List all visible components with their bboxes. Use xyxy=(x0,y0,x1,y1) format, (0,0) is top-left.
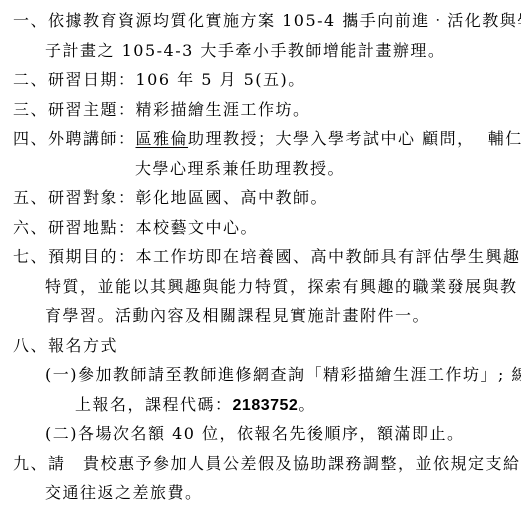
text-segment: 五、研習對象：彰化地區國、高中教師。 xyxy=(13,188,328,207)
text-segment: 四、外聘講師： xyxy=(13,129,136,148)
text-segment: 三、研習主題：精彩描繪生涯工作坊。 xyxy=(13,100,311,119)
text-segment: 。 xyxy=(298,395,316,414)
text-segment: 七、預期目的：本工作坊即在培養國、高中教師具有評估學生興趣 xyxy=(13,247,521,266)
course-code: 2183752 xyxy=(233,397,299,414)
document-line: 七、預期目的：本工作坊即在培養國、高中教師具有評估學生興趣 xyxy=(0,242,521,272)
document-line: 育學習。活動內容及相關課程見實施計畫附件一。 xyxy=(0,301,521,331)
text-segment: 子計畫之 105-4-3 大手牽小手教師增能計畫辦理。 xyxy=(45,41,445,60)
document-line: 子計畫之 105-4-3 大手牽小手教師增能計畫辦理。 xyxy=(0,36,521,66)
text-segment: 一、依據教育資源均質化實施方案 105-4 攜手向前進‧活化教與學 xyxy=(13,11,521,30)
text-segment: 交通往返之差旅費。 xyxy=(45,483,203,502)
text-segment: 助理教授；大學入學考試中心 顧問， 輔仁 xyxy=(188,129,521,148)
document-line: 三、研習主題：精彩描繪生涯工作坊。 xyxy=(0,95,521,125)
text-segment: (一)參加教師請至教師進修網查詢「精彩描繪生涯工作坊」; 線 xyxy=(45,365,521,384)
text-segment: 八、報名方式 xyxy=(13,336,118,355)
document-page: 一、依據教育資源均質化實施方案 105-4 攜手向前進‧活化教與學子計畫之 10… xyxy=(0,0,521,513)
text-segment: 大學心理系兼任助理教授。 xyxy=(135,159,345,178)
document-line: (一)參加教師請至教師進修網查詢「精彩描繪生涯工作坊」; 線 xyxy=(0,360,521,390)
text-segment: 上報名，課程代碼： xyxy=(75,395,233,414)
text-segment: 九、請 貴校惠予參加人員公差假及協助課務調整，並依規定支給 xyxy=(13,454,521,473)
document-line: 四、外聘講師：區雅倫助理教授；大學入學考試中心 顧問， 輔仁 xyxy=(0,124,521,154)
document-line: 上報名，課程代碼：2183752。 xyxy=(0,390,521,420)
text-segment: (二)各場次名額 40 位，依報名先後順序，額滿即止。 xyxy=(45,424,465,443)
document-line: 九、請 貴校惠予參加人員公差假及協助課務調整，並依規定支給 xyxy=(0,449,521,479)
text-segment: 二、研習日期：106 年 5 月 5(五)。 xyxy=(13,70,306,89)
document-line: 一、依據教育資源均質化實施方案 105-4 攜手向前進‧活化教與學 xyxy=(0,6,521,36)
document-body: 一、依據教育資源均質化實施方案 105-4 攜手向前進‧活化教與學子計畫之 10… xyxy=(0,6,521,508)
document-line: 特質，並能以其興趣與能力特質，探索有興趣的職業發展與教 xyxy=(0,272,521,302)
document-line: 二、研習日期：106 年 5 月 5(五)。 xyxy=(0,65,521,95)
document-line: 大學心理系兼任助理教授。 xyxy=(0,154,521,184)
text-segment: 六、研習地點：本校藝文中心。 xyxy=(13,218,258,237)
text-segment: 育學習。活動內容及相關課程見實施計畫附件一。 xyxy=(45,306,430,325)
document-line: 交通往返之差旅費。 xyxy=(0,478,521,508)
document-line: 五、研習對象：彰化地區國、高中教師。 xyxy=(0,183,521,213)
text-segment: 特質，並能以其興趣與能力特質，探索有興趣的職業發展與教 xyxy=(45,277,518,296)
document-line: 八、報名方式 xyxy=(0,331,521,361)
lecturer-name: 區雅倫 xyxy=(136,129,189,148)
document-line: 六、研習地點：本校藝文中心。 xyxy=(0,213,521,243)
document-line: (二)各場次名額 40 位，依報名先後順序，額滿即止。 xyxy=(0,419,521,449)
